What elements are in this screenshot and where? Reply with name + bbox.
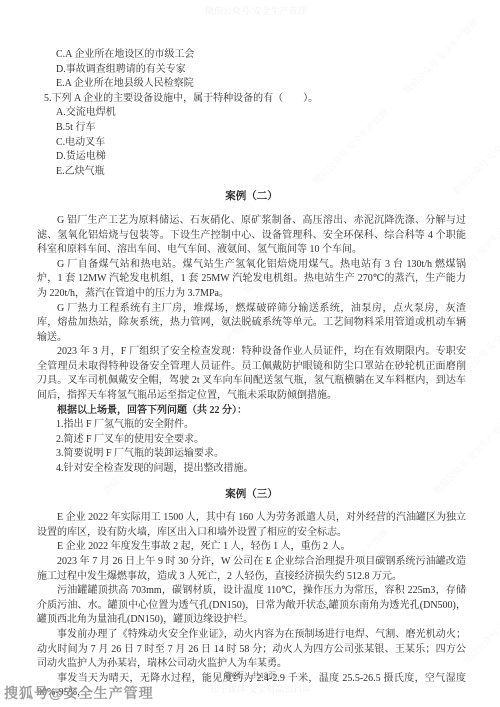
- case2-paragraph: G 铝厂生产工艺为原料储运、石灰硝化、原矿浆制备、高压溶出、赤泥沉降洗涤、分解与…: [37, 214, 466, 258]
- watermark-top: 微信公众号:安全生产管理: [205, 4, 307, 17]
- watermark-diagonal: 微信公众号 安全生产管理: [460, 586, 500, 667]
- case3-paragraph: 事发前办理了《特殊动火安全作业证》，动火内容为在预制场进行电焊、气割、磨光机动火…: [37, 628, 466, 672]
- case2-question-1: 1.指出 F 厂氢气瓶的安全附件。: [56, 418, 466, 433]
- document-body: C.A 企业所在地设区的市级工会 D.事故调查组聘请的有关专家 E.A 企业所在…: [37, 48, 466, 701]
- q5-option-e: E.乙炔气瓶: [56, 165, 466, 180]
- case2-title: 案例（二）: [37, 190, 466, 205]
- case3-paragraph: E 企业 2022 年度发生事故 2 起，死亡 1 人，轻伤 1 人，重伤 2 …: [37, 540, 466, 555]
- page-number: 第6页，共18页: [0, 670, 500, 681]
- case2-question-header: 根据以上场景，回答下列问题（共 22 分）：: [37, 404, 466, 419]
- case3-paragraph: E 企业 2022 年实际用工 1500 人，其中有 160 人为劳务派遣人员，…: [37, 511, 466, 540]
- case3-title: 案例（三）: [37, 488, 466, 503]
- q5-option-c: C.电动叉车: [56, 136, 466, 151]
- case2-paragraph: G 厂热力工程系统有主厂房，堆煤场，燃煤破碎筛分输送系统，油泵房，点火泵房，灰渣…: [37, 302, 466, 346]
- case2-question-2: 2.简述 F 厂叉车的使用安全要求。: [56, 433, 466, 448]
- q5-stem: 5.下列 A 企业的主要设备设施中，属于特种设备的有（ ）。: [44, 92, 466, 107]
- case2-question-3: 3.简要说明 F 厂气瓶的装卸运输要求。: [56, 447, 466, 462]
- q5-option-b: B.5t 行车: [56, 121, 466, 136]
- q5-option-a: A.交流电焊机: [56, 106, 466, 121]
- case2-paragraph: 2023 年 3 月，F 厂组织了安全检查发现：特种设备作业人员证件，均在有效期…: [37, 345, 466, 403]
- q4-option-c: C.A 企业所在地设区的市级工会: [56, 48, 466, 63]
- q5-option-d: D.货运电梯: [56, 150, 466, 165]
- q4-option-e: E.A 企业所在地县级人民检察院: [56, 77, 466, 92]
- q4-option-d: D.事故调查组聘请的有关专家: [56, 63, 466, 78]
- sohu-brand-watermark: 搜狐号@安全生产管理: [4, 683, 154, 703]
- case2-question-4: 4.针对安全检查发现的问题，提出整改措施。: [56, 462, 466, 477]
- case3-paragraph: 2023 年 7 月 26 日上午 9 时 30 分许，W 公司在 E 企业综合…: [37, 555, 466, 584]
- case2-paragraph: G 厂自备煤气站和热电站。煤气站生产氢氧化铝焙烧用煤气。热电站有 3 台 130…: [37, 258, 466, 302]
- document-page: 微信公众号:安全生产管理 微信公众号 安全生产管理 微信公众号 安全生产管理 微…: [0, 0, 500, 707]
- case3-paragraph: 污油罐罐顶拱高 703mm，碳钢材质，设计温度 110℃，操作压力为常压，容积 …: [37, 584, 466, 628]
